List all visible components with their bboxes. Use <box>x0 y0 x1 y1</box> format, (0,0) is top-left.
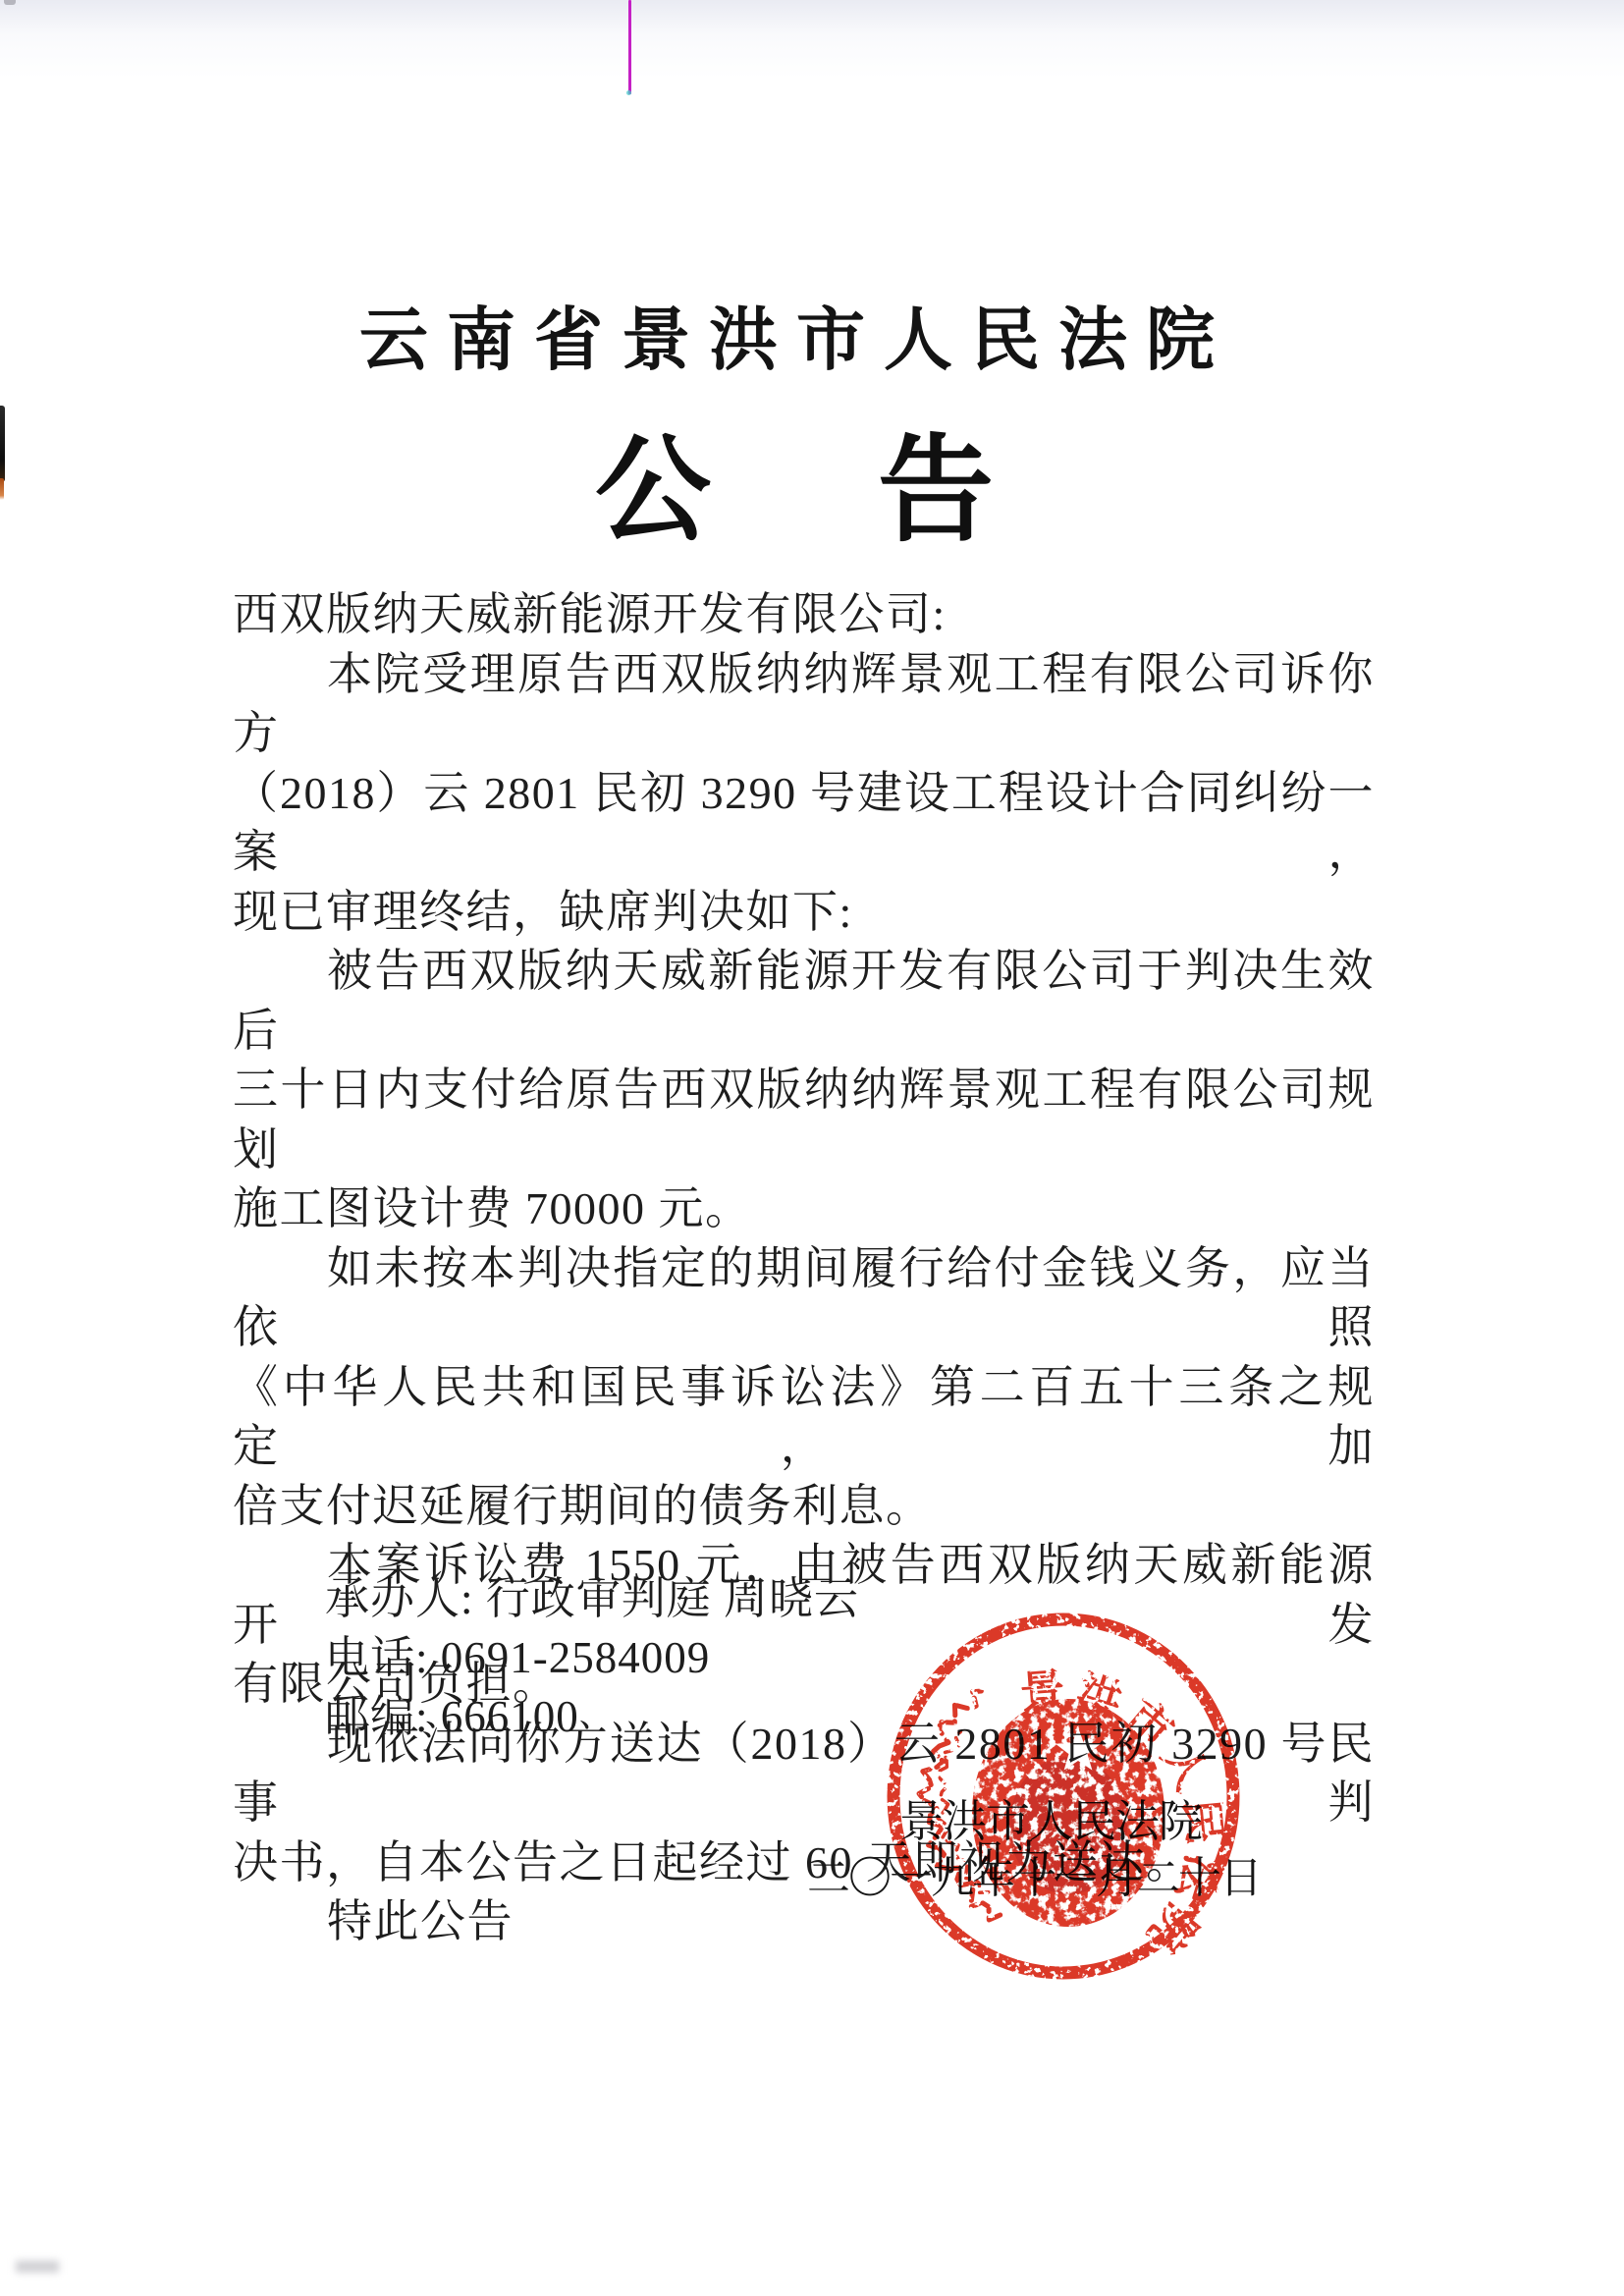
notice-title-heading: 公告 <box>595 397 1161 564</box>
body-line-9: 《中华人民共和国民事诉讼法》第二百五十三条之规定，加 <box>233 1358 1375 1477</box>
contact-line-1: 承办人: 行政审判庭 周晓云 <box>325 1569 859 1628</box>
scan-artifact-cyan-dot <box>626 90 631 95</box>
body-line-10: 倍支付迟延履行期间的债务利息。 <box>233 1477 1375 1537</box>
court-name-heading: 云南省景洪市人民法院 <box>359 285 1233 384</box>
body-line-4: 现已审理终结，缺席判决如下: <box>233 883 1375 943</box>
body-line-3: （2018）云 2801 民初 3290 号建设工程设计合同纠纷一案， <box>233 764 1375 883</box>
scan-artifact-corner-mark <box>4 0 16 5</box>
scanned-court-notice-page: 云南省景洪市人民法院 公告 西双版纳天威新能源开发有限公司:本院受理原告西双版纳… <box>0 0 1624 2296</box>
body-line-2: 本院受理原告西双版纳纳辉景观工程有限公司诉你方 <box>233 645 1375 764</box>
scan-artifact-magenta-line <box>628 0 631 94</box>
scan-top-shading <box>0 0 1624 79</box>
contact-info-block: 承办人: 行政审判庭 周晓云电话: 0691-2584009邮编: 666100 <box>325 1569 859 1746</box>
scan-artifact-left-streak-tip <box>0 478 4 500</box>
body-line-6: 三十日内支付给原告西双版纳纳辉景观工程有限公司规划 <box>233 1061 1375 1179</box>
contact-line-3: 邮编: 666100 <box>325 1687 859 1746</box>
scan-artifact-bottom-smudge <box>16 2261 59 2272</box>
body-line-1: 西双版纳天威新能源开发有限公司: <box>233 585 1375 645</box>
body-line-8: 如未按本判决指定的期间履行给付金钱义务，应当依照 <box>233 1239 1375 1358</box>
body-line-5: 被告西双版纳天威新能源开发有限公司于判决生效后 <box>233 942 1375 1061</box>
official-red-seal: 景洪市人民法院 <box>867 1600 1260 1993</box>
contact-line-2: 电话: 0691-2584009 <box>325 1628 859 1687</box>
body-line-7: 施工图设计费 70000 元。 <box>233 1179 1375 1239</box>
scan-artifact-left-streak <box>0 406 5 482</box>
